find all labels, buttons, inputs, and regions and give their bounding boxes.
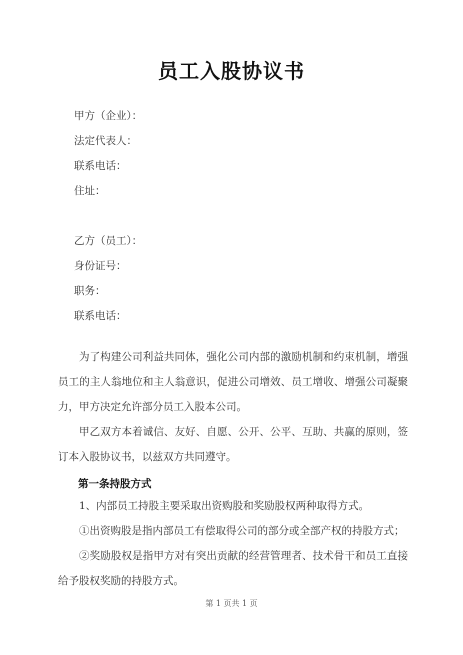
document-title: 员工入股协议书 bbox=[0, 55, 463, 84]
paragraph-purpose: 为了构建公司利益共同体，强化公司内部的激励机制和约束机制，增强员工的主人翁地位和… bbox=[58, 345, 408, 420]
paragraph-principles: 甲乙双方本着诚信、友好、自愿、公开、公平、互助、共赢的原则，签订本入股协议书，以… bbox=[58, 420, 408, 470]
party-b-position: 职务： bbox=[74, 283, 106, 298]
page-footer: 第 1 页共 1 页 bbox=[0, 598, 463, 609]
document-page: 员工入股协议书 甲方（企业）： 法定代表人： 联系电话： 住址： 乙方（员工）：… bbox=[0, 0, 463, 655]
party-b-id-number: 身份证号： bbox=[74, 258, 127, 273]
section-1-item-2: ①出资购股是指内部员工有偿取得公司的部分或全部产权的持股方式； bbox=[58, 519, 408, 544]
party-a-address: 住址： bbox=[74, 183, 106, 198]
section-1-item-3: ②奖励股权是指甲方对有突出贡献的经营管理者、技术骨干和员工直接给予股权奖励的持股… bbox=[58, 544, 408, 594]
section-1-heading: 第一条持股方式 bbox=[78, 476, 152, 491]
party-a-phone: 联系电话： bbox=[74, 158, 127, 173]
section-1-item-1: 1、内部员工持股主要采取出资购股和奖励股权两种取得方式。 bbox=[58, 494, 408, 519]
party-a-legal-rep: 法定代表人： bbox=[74, 133, 137, 148]
party-b-phone: 联系电话： bbox=[74, 308, 127, 323]
party-b-label: 乙方（员工）： bbox=[74, 233, 142, 248]
party-a-label: 甲方（企业）： bbox=[74, 108, 142, 123]
